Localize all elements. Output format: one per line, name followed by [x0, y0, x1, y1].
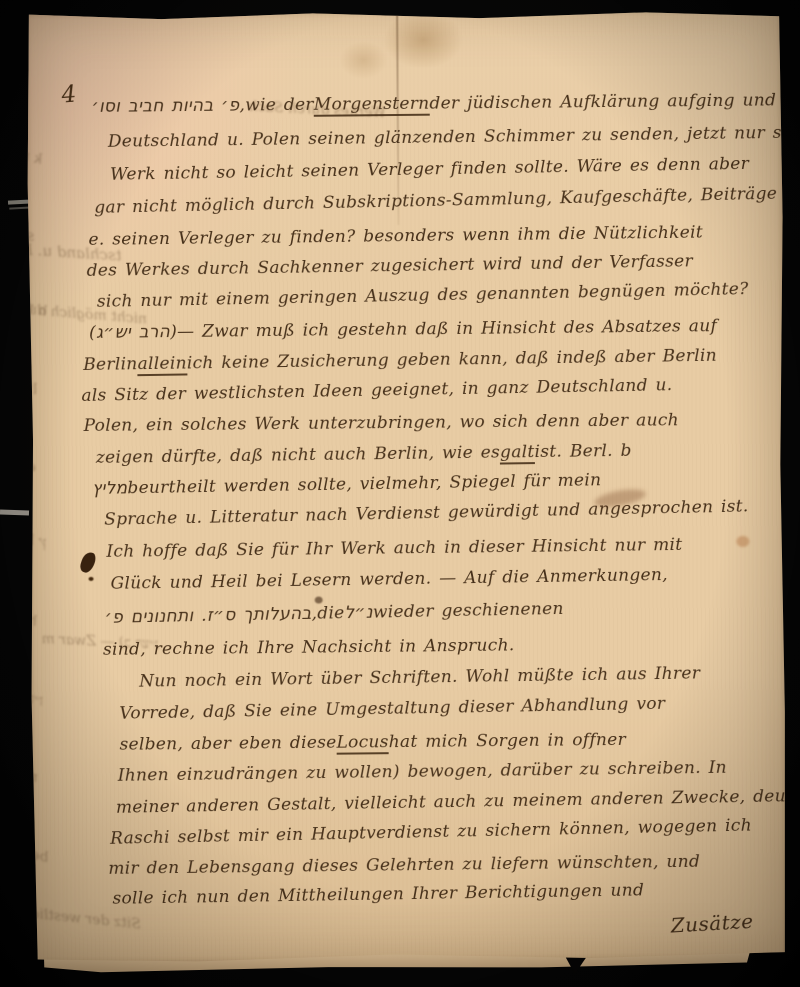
text-segment: selben, aber eben diese [119, 733, 336, 755]
text-segment: ist. Berl. b [534, 441, 631, 462]
hebrew-text-segment: בהעלותך ס״ז. ותחנונים פ׳, [105, 604, 318, 628]
text-segment: die [317, 603, 345, 624]
handwriting-line: פ׳ בהיות חביב וסו׳, wie der Morgenstern … [92, 90, 777, 119]
handwriting-line: gar nicht möglich durch Subskriptions-Sa… [94, 184, 777, 218]
ink-drop [89, 577, 94, 581]
handwriting-line: zeigen dürfte, daß nicht auch Berlin, wi… [96, 441, 632, 470]
handwriting-line: Sprache u. Litteratur nach Verdienst gew… [104, 496, 749, 529]
ink-speck [315, 597, 323, 604]
text-segment: — Zwar muß ich gestehn daß in Hinsicht d… [177, 316, 717, 342]
text-segment: Locus [336, 732, 388, 755]
text-segment: beurtheilt werden sollte, vielmehr, Spie… [127, 470, 601, 498]
hebrew-text-segment: (הרב יש״ג) [89, 322, 177, 343]
text-segment: galt [500, 442, 535, 464]
text-segment: des Werkes durch Sachkenner zugesichert … [87, 251, 694, 281]
backdrop-scratch-mark [0, 509, 29, 515]
handwriting-line: solle ich nun den Mittheilungen Ihrer Be… [112, 880, 644, 908]
text-segment: meiner anderen Gestalt, vielleicht auch … [116, 785, 788, 817]
handwriting-line: Ihnen einzudrängen zu wollen) bewogen, d… [118, 758, 727, 786]
text-segment: als Sitz der westlichsten Ideen geeignet… [81, 375, 672, 406]
text-segment: solle ich nun den Mittheilungen Ihrer Be… [112, 880, 644, 908]
foxing-spot [736, 536, 749, 547]
handwriting-line: des Werkes durch Sachkenner zugesichert … [87, 251, 694, 281]
text-segment: Werk nicht so leicht seinen Verleger fin… [110, 154, 749, 185]
photo-backdrop: k nicht sseinen Verh nur mitlin alleinen… [0, 0, 800, 987]
text-segment: allein [137, 353, 187, 376]
letter-page: k nicht sseinen Verh nur mitlin alleinen… [25, 8, 788, 965]
text-segment: wieder geschienenen [373, 599, 564, 623]
handwriting-line: Glück und Heil bei Lesern werden. — Auf … [110, 565, 668, 594]
text-segment: sind, rechne ich Ihre Nachsicht in Anspr… [103, 635, 515, 659]
text-segment: Vorrede, daß Sie eine Umgestaltung diese… [119, 694, 665, 724]
text-segment: Berlin [83, 354, 138, 375]
handwriting-line: sich nur mit einem geringen Auszug des g… [97, 279, 749, 312]
handwriting-line: Berlin allein ich keine Zusicherung gebe… [83, 346, 717, 377]
text-segment: e. seinen Verleger zu finden? besonders … [88, 223, 703, 250]
handwriting-line: als Sitz der westlichsten Ideen geeignet… [81, 375, 672, 406]
text-segment: Nun noch ein Wort über Schriften. Wohl m… [139, 663, 700, 691]
handwriting-line: meiner anderen Gestalt, vielleicht auch … [116, 785, 788, 817]
handwriting-line: selben, aber eben diese Locus hat mich S… [119, 730, 626, 757]
text-segment: Raschi selbst mir ein Hauptverdienst zu … [110, 815, 752, 848]
hebrew-text-segment: פ׳ בהיות חביב וסו׳, [92, 95, 246, 116]
text-segment: Polen, ein solches Werk unterzubringen, … [84, 410, 679, 436]
handwriting-line: Polen, ein solches Werk unterzubringen, … [84, 410, 679, 436]
text-segment: Sprache u. Litteratur nach Verdienst gew… [104, 496, 749, 529]
text-segment: Morgenstern [314, 94, 430, 117]
handwriting-layer: פ׳ בהיות חביב וסו׳, wie der Morgenstern … [25, 8, 788, 965]
handwriting-line: Nun noch ein Wort über Schriften. Wohl m… [139, 663, 700, 691]
handwriting-line: Raschi selbst mir ein Hauptverdienst zu … [110, 815, 752, 848]
text-segment: Glück und Heil bei Lesern werden. — Auf … [110, 565, 668, 594]
text-segment: sich nur mit einem geringen Auszug des g… [97, 279, 749, 312]
text-segment: Deutschland u. Polen seinen glänzenden S… [108, 122, 788, 152]
handwriting-line: Ich hoffe daß Sie für Ihr Werk auch in d… [106, 535, 682, 562]
handwriting-line: בהעלותך ס״ז. ותחנונים פ׳, die נ״ל wieder… [105, 599, 564, 628]
handwriting-line: Werk nicht so leicht seinen Verleger fin… [110, 154, 749, 185]
handwriting-line: (הרב יש״ג) — Zwar muß ich gestehn daß in… [89, 316, 717, 343]
text-segment: ich keine Zusicherung geben kann, daß in… [187, 346, 717, 374]
text-segment: der jüdischen Aufklärung aufging und [429, 90, 776, 113]
text-segment: zeigen dürfte, daß nicht auch Berlin, wi… [96, 443, 501, 468]
text-segment: hat mich Sorgen in offner [389, 730, 626, 752]
text-segment: Ich hoffe daß Sie für Ihr Werk auch in d… [106, 535, 682, 562]
handwriting-line: mir den Lebensgang dieses Gelehrten zu l… [108, 852, 700, 879]
text-segment: wie der [245, 95, 314, 116]
handwriting-line: e. seinen Verleger zu finden? besonders … [88, 223, 703, 250]
hebrew-text-segment: נ״ל [344, 603, 373, 624]
text-segment: Ihnen einzudrängen zu wollen) bewogen, d… [118, 758, 727, 786]
handwriting-line: Deutschland u. Polen seinen glänzenden S… [108, 122, 788, 152]
handwriting-line: Vorrede, daß Sie eine Umgestaltung diese… [119, 694, 665, 724]
handwriting-line: מליץ beurtheilt werden sollte, vielmehr,… [92, 470, 602, 499]
handwriting-line: sind, rechne ich Ihre Nachsicht in Anspr… [103, 635, 515, 659]
hebrew-text-segment: מליץ [92, 478, 128, 499]
text-segment: mir den Lebensgang dieses Gelehrten zu l… [108, 852, 700, 879]
closing-word: Zusätze [670, 909, 754, 938]
text-segment: gar nicht möglich durch Subskriptions-Sa… [94, 184, 777, 218]
